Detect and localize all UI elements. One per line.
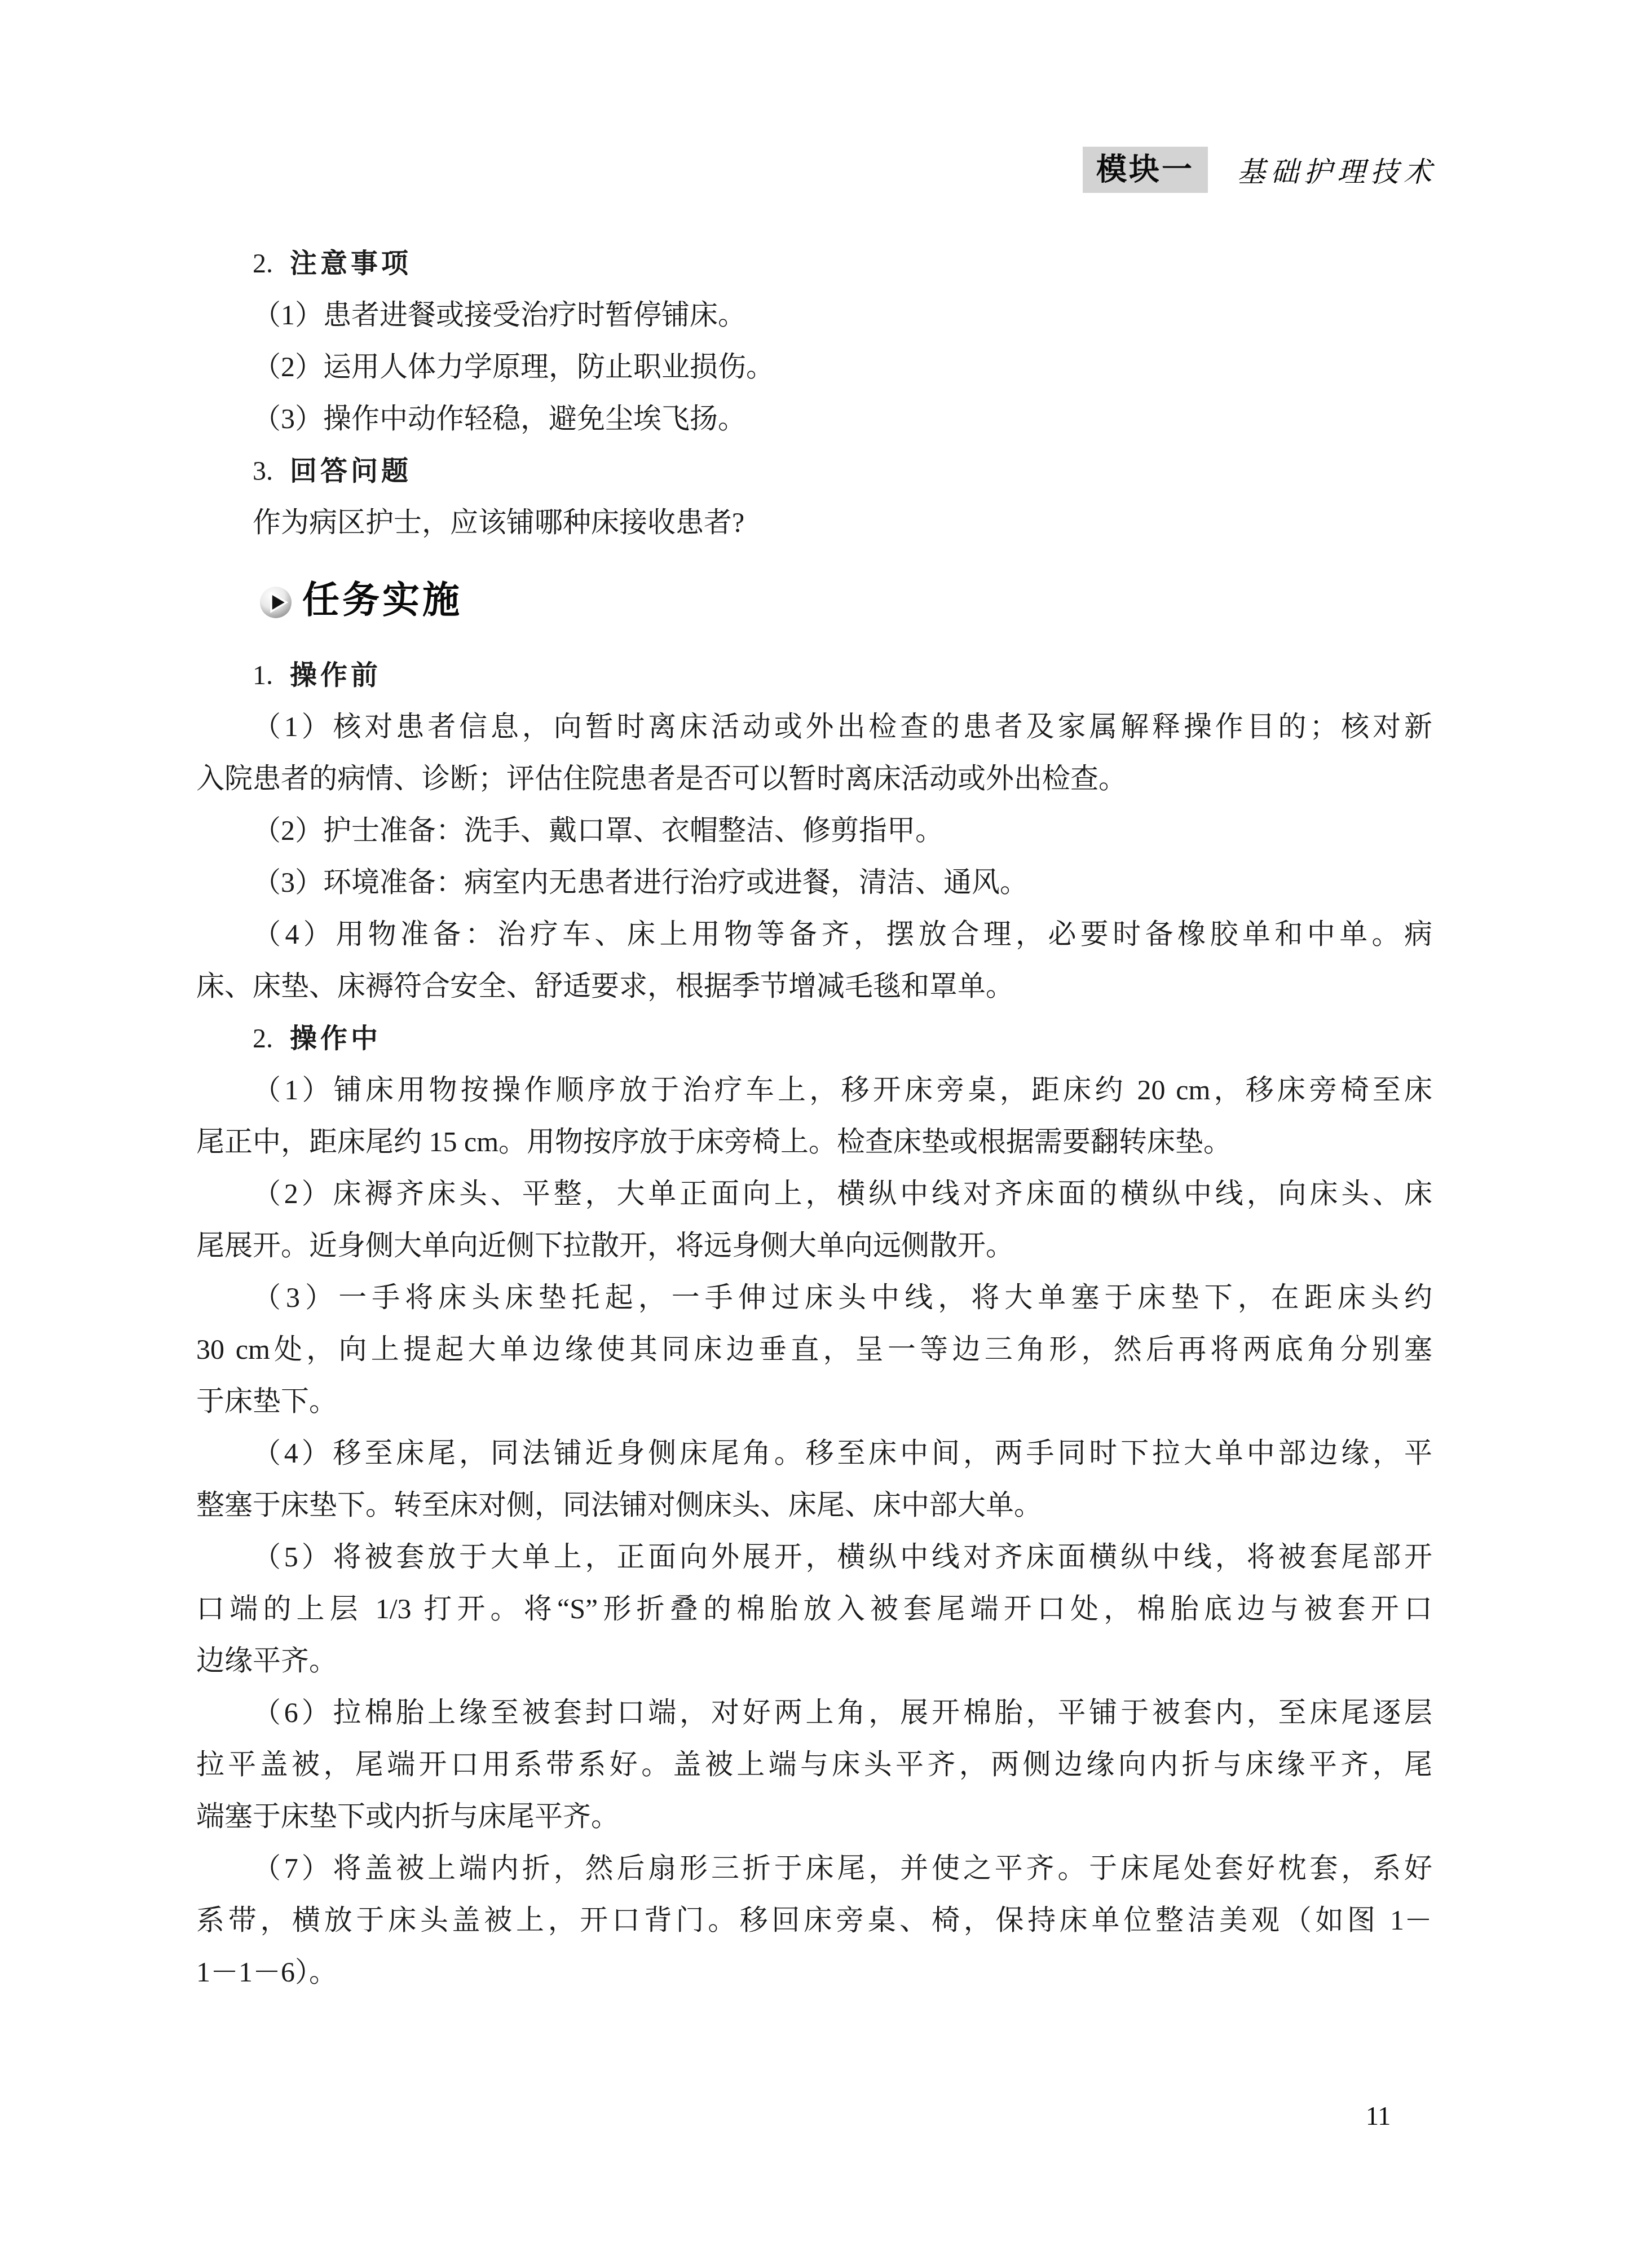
paragraph-line: （1）患者进餐或接受治疗时暂停铺床。 [196,289,1432,341]
paragraph-line: （3）操作中动作轻稳，避免尘埃飞扬。 [196,393,1432,444]
paragraph-line: （3）一手将床头床垫托起，一手伸过床头中线，将大单塞于床垫下，在距床头约 [196,1271,1432,1323]
paragraph-line: （1）铺床用物按操作顺序放于治疗车上，移开床旁桌，距床约 20 cm，移床旁椅至… [196,1064,1432,1116]
paragraph-line: 入院患者的病情、诊断；评估住院患者是否可以暂时离床活动或外出检查。 [196,752,1432,804]
section-heading: 3.回答问题 [196,444,1432,496]
paragraph-line: （2）运用人体力学原理，防止职业损伤。 [196,341,1432,393]
page-header: 模块一 基础护理技术 [0,147,1437,193]
heading-number: 3. [253,456,273,486]
paragraph-line: （7）将盖被上端内折，然后扇形三折于床尾，并使之平齐。于床尾处套好枕套，系好 [196,1842,1432,1894]
paragraph-line: 床、床垫、床褥符合安全、舒适要求，根据季节增减毛毯和罩单。 [196,960,1432,1012]
paragraph-line: 整塞于床垫下。转至床对侧，同法铺对侧床头、床尾、床中部大单。 [196,1479,1432,1531]
heading-number: 1. [253,660,273,690]
paragraph-line: （2）护士准备：洗手、戴口罩、衣帽整洁、修剪指甲。 [196,804,1432,856]
section-heading: 1.操作前 [196,649,1432,701]
paragraph-line: 拉平盖被，尾端开口用系带系好。盖被上端与床头平齐，两侧边缘向内折与床缘平齐，尾 [196,1738,1432,1790]
content: 2.注意事项（1）患者进餐或接受治疗时暂停铺床。（2）运用人体力学原理，防止职业… [196,237,1432,1998]
heading-number: 2. [253,1024,273,1054]
page-number: 11 [1366,2099,1391,2133]
paragraph-line: 尾展开。近身侧大单向近侧下拉散开，将远身侧大单向远侧散开。 [196,1219,1432,1271]
section-heading: 2.操作中 [196,1012,1432,1064]
paragraph-line: 口端的上层 1/3 打开。将“S”形折叠的棉胎放入被套尾端开口处，棉胎底边与被套… [196,1583,1432,1635]
section-heading: 2.注意事项 [196,237,1432,289]
paragraph-line: （3）环境准备：病室内无患者进行治疗或进餐，清洁、通风。 [196,856,1432,908]
paragraph-line: （2）床褥齐床头、平整，大单正面向上，横纵中线对齐床面的横纵中线，向床头、床 [196,1168,1432,1219]
heading-label: 操作中 [290,1024,381,1054]
heading-number: 2. [253,249,273,279]
paragraph-line: 尾正中，距床尾约 15 cm。用物按序放于床旁椅上。检查床垫或根据需要翻转床垫。 [196,1116,1432,1168]
heading-label: 注意事项 [290,249,412,279]
paragraph-line: 边缘平齐。 [196,1635,1432,1686]
task-section-title: 任务实施 [302,574,462,626]
module-badge: 模块一 [1083,147,1208,193]
paragraph-line: 30 cm处，向上提起大单边缘使其同床边垂直，呈一等边三角形，然后再将两底角分别… [196,1323,1432,1375]
paragraph-line: 系带，横放于床头盖被上，开口背门。移回床旁桌、椅，保持床单位整洁美观（如图 1－ [196,1894,1432,1946]
paragraph-line: 于床垫下。 [196,1375,1432,1427]
heading-label: 回答问题 [290,456,412,486]
task-section-header: 任务实施 [196,565,1432,634]
paragraph-line: （6）拉棉胎上缘至被套封口端，对好两上角，展开棉胎，平铺于被套内，至床尾逐层 [196,1686,1432,1738]
paragraph-line: 1－1－6）。 [196,1946,1432,1998]
chapter-title: 基础护理技术 [1237,149,1437,190]
paragraph-line: （1）核对患者信息，向暂时离床活动或外出检查的患者及家属解释操作目的；核对新 [196,701,1432,752]
book-page: { "page": { "header": { "module_label": … [0,0,1628,2268]
paragraph-line: 端塞于床垫下或内折与床尾平齐。 [196,1790,1432,1842]
paragraph-line: 作为病区护士，应该铺哪种床接收患者? [196,496,1432,548]
heading-label: 操作前 [290,660,381,690]
paragraph-line: （4）用物准备：治疗车、床上用物等备齐，摆放合理，必要时备橡胶单和中单。病 [196,908,1432,960]
play-icon [259,583,292,616]
paragraph-line: （5）将被套放于大单上，正面向外展开，横纵中线对齐床面横纵中线，将被套尾部开 [196,1531,1432,1583]
paragraph-line: （4）移至床尾，同法铺近身侧床尾角。移至床中间，两手同时下拉大单中部边缘，平 [196,1427,1432,1479]
